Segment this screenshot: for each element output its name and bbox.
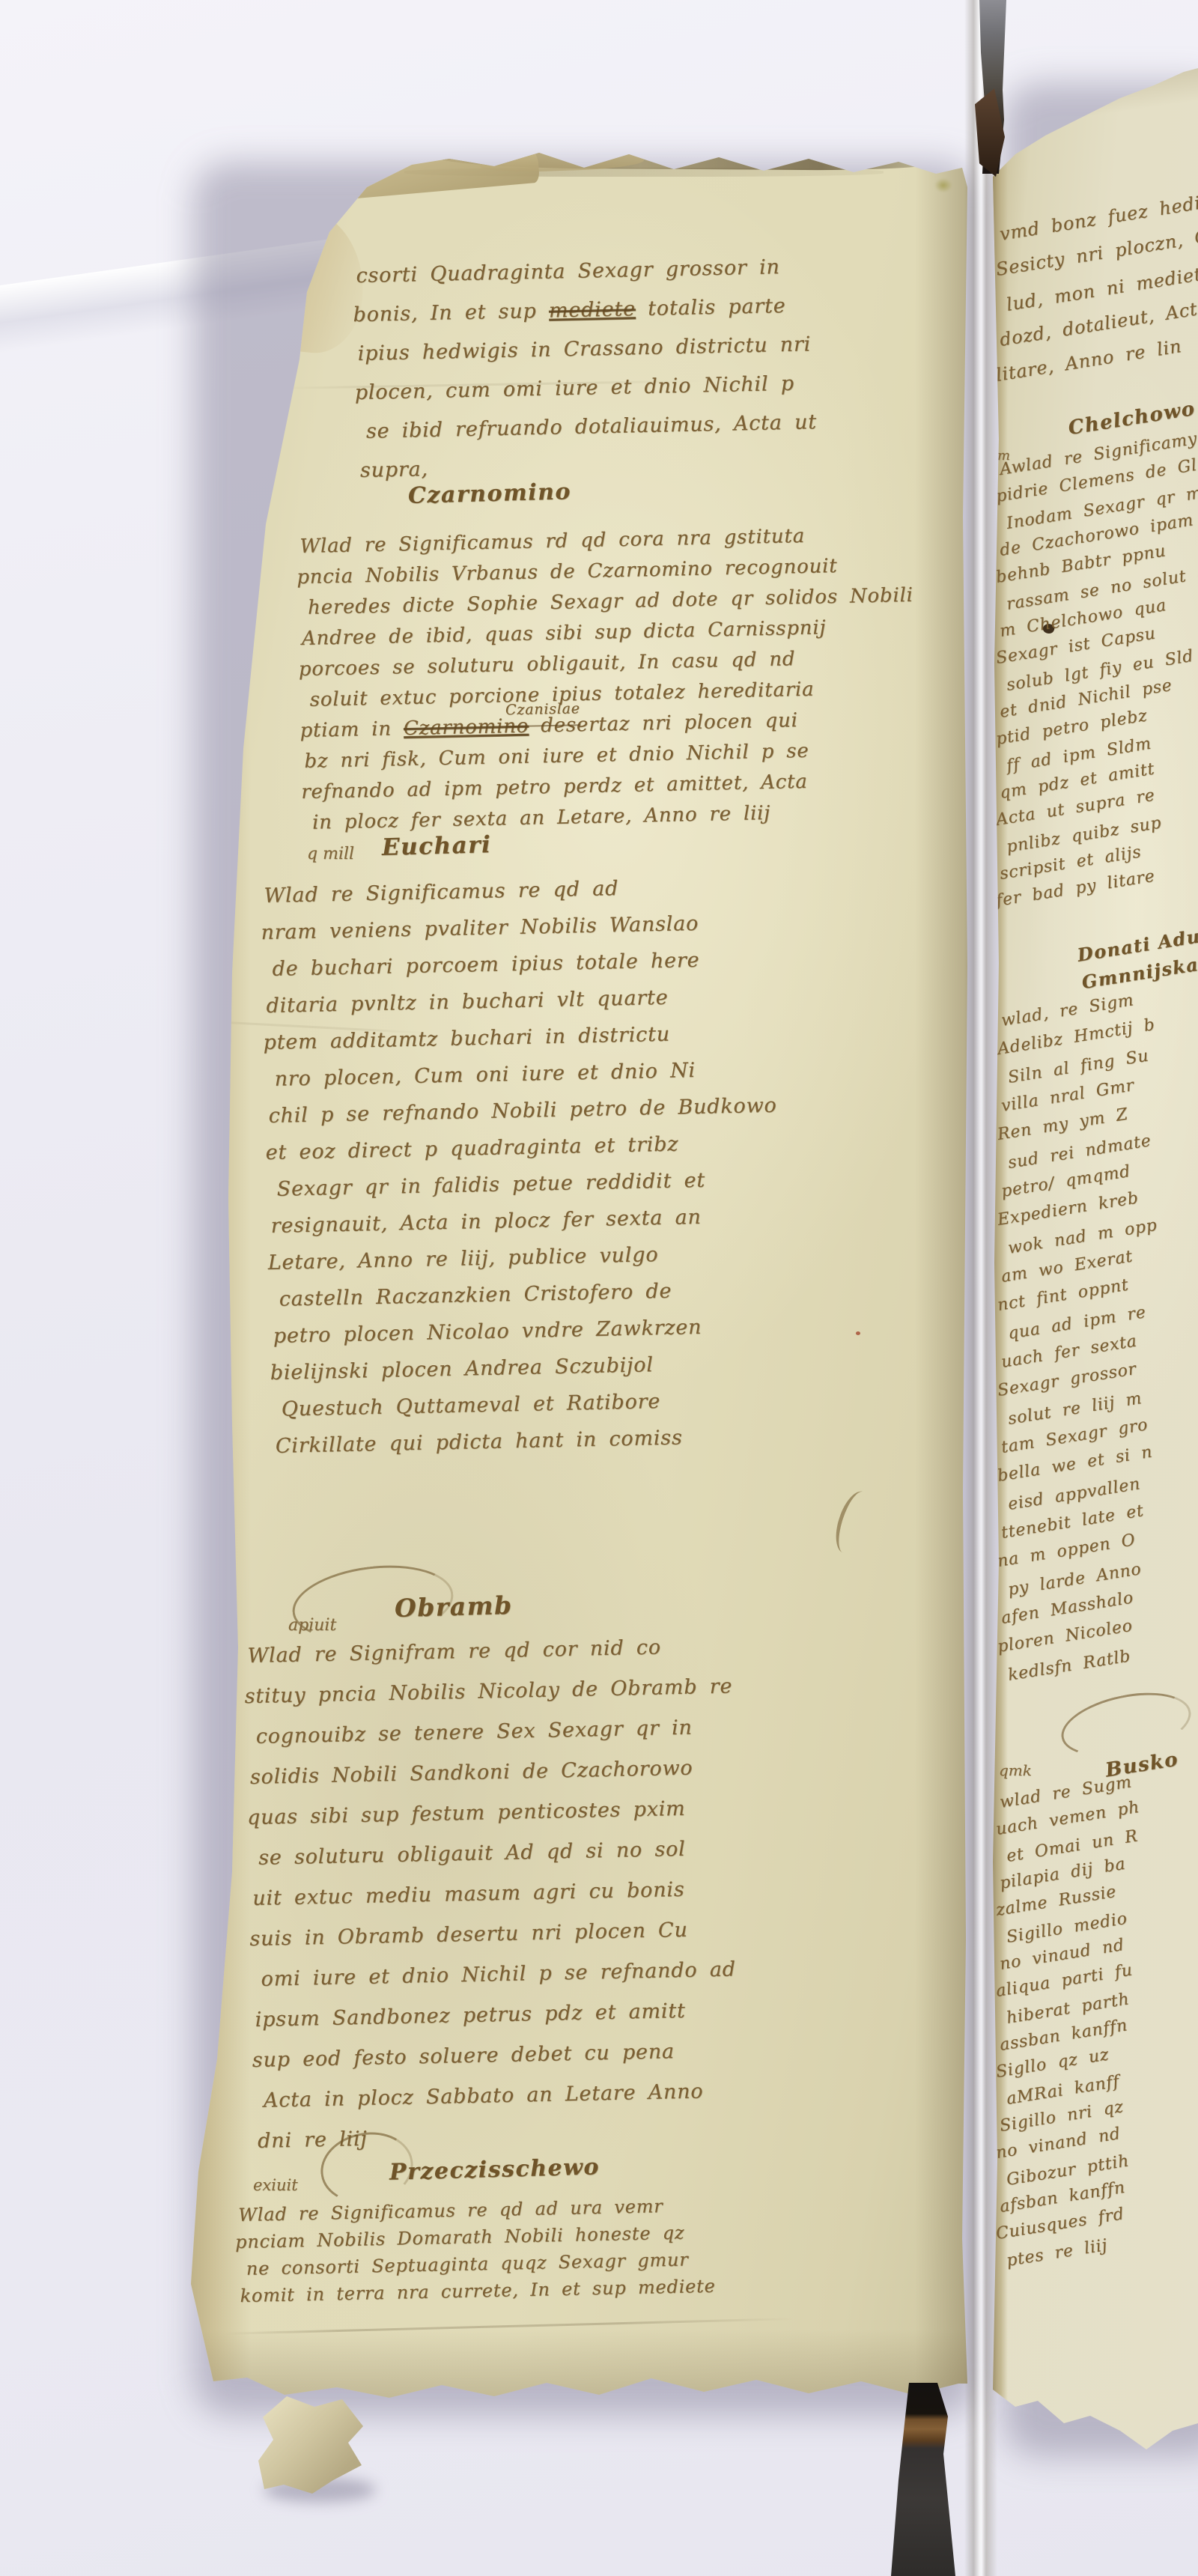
margin-note-exiuit: exiuit [253, 2176, 298, 2194]
struck-word: mediete [549, 297, 636, 322]
record-lines: Wlad re Signifram re qd cor nid costituy… [247, 1626, 742, 2161]
section-heading-przeczisschewo: Przeczisschewo [389, 2154, 600, 2185]
record-block-5: Wlad re Significamus re qd ad ura vemrpn… [238, 2192, 716, 2309]
record-block-1: csorti Quadraginta Sexagr grossor in bon… [356, 247, 818, 490]
record-lines: Awlad re Significamy repidrie Clemens de… [1000, 457, 1198, 915]
right-page: vmd bonz fuez heditSesicty nri ploczn, C… [993, 64, 1198, 2461]
strike-before: ptiam in [299, 717, 404, 742]
record-block-d: wlad re Sugmuach vemen phet Omai un Rpil… [1000, 1790, 1142, 2275]
strike-before: bonis, In et sup [353, 300, 549, 326]
record-block-4: Wlad re Signifram re qd cor nid costituy… [247, 1626, 742, 2161]
record-lines: bz nri fisk, Cum oni iure et dnio Nichil… [304, 734, 918, 839]
record-block-a: vmd bonz fuez heditSesicty nri ploczn, C… [1000, 217, 1198, 393]
stain [934, 178, 952, 192]
section-heading-obramb: Obramb [395, 1591, 514, 1623]
record-lines: ipius hedwigis in Crassano districtu nri… [357, 325, 818, 490]
interlinear-correction: Czanislae [505, 693, 581, 727]
margin-note-qmk: qmk [999, 1761, 1032, 1779]
record-block-b: Awlad re Significamy repidrie Clemens de… [1000, 457, 1198, 915]
record-lines: Wlad re Significamus re qd adnram venien… [264, 867, 784, 1465]
record-block-3: Wlad re Significamus re qd adnram venien… [264, 867, 784, 1465]
pen-flourish [830, 1487, 878, 1558]
margin-note-apiuit: apiuit [288, 1616, 336, 1635]
manuscript-photo-page: { "photo": { "description": "Opened 15th… [0, 0, 1198, 2576]
record-lines: Wlad re Significamus rd qd cora nra gsti… [299, 519, 916, 716]
section-heading-euchari: Euchari [382, 831, 492, 861]
strike-after: totalis parte [635, 294, 785, 321]
left-page: csorti Quadraginta Sexagr grossor in bon… [180, 142, 967, 2411]
record-lines: vmd bonz fuez heditSesicty nri ploczn, C… [1000, 217, 1198, 393]
ink-speck [856, 1331, 860, 1335]
record-lines: wlad, re SigmAdelibz Hmctij bSiln al fin… [1002, 1007, 1159, 1690]
record-block-c: wlad, re SigmAdelibz Hmctij bSiln al fin… [1002, 1007, 1159, 1690]
record-lines: Wlad re Significamus re qd ad ura vemrpn… [238, 2192, 716, 2309]
record-lines: wlad re Sugmuach vemen phet Omai un Rpil… [1000, 1790, 1142, 2275]
section-heading-czarnomino: Czarnomino [408, 479, 572, 509]
gutter-glass-strip [964, 0, 997, 2576]
margin-note-q-mill: q mill [307, 845, 354, 863]
record-block-2: Wlad re Significamus rd qd cora nra gsti… [299, 519, 918, 839]
gutter-shading [915, 142, 967, 2411]
